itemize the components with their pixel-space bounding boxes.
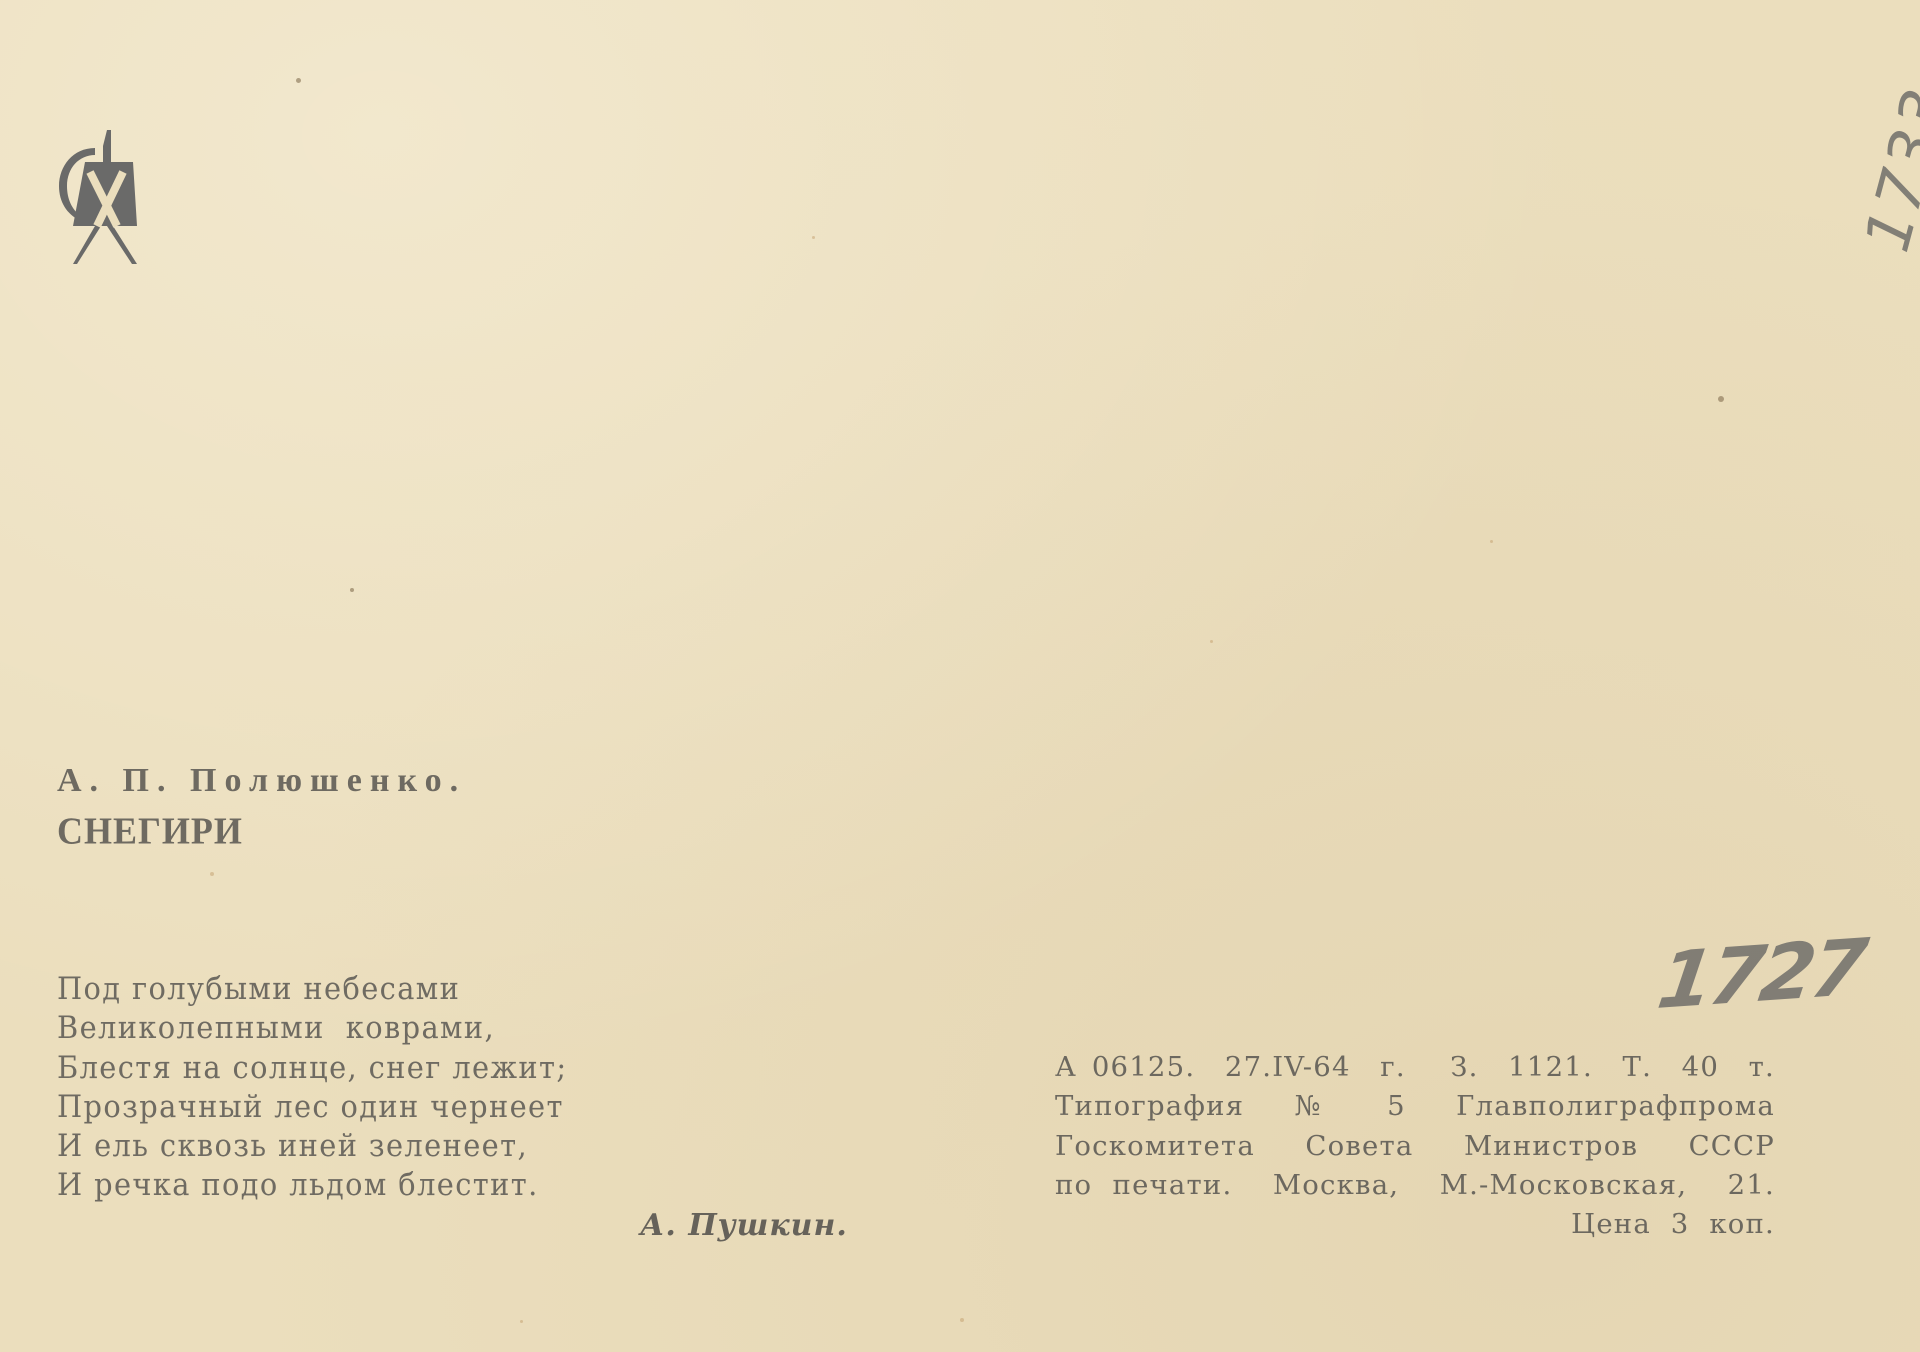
artwork-title: СНЕГИРИ — [57, 809, 243, 853]
poem-signature: А. Пушкин. — [640, 1208, 848, 1243]
handwritten-number-bottom: 1727 — [1652, 923, 1868, 1027]
paper-speck — [350, 588, 354, 592]
price-label: Цена 3 коп. — [1055, 1205, 1775, 1244]
poem-line: Прозрачный лес один чернеет — [57, 1088, 567, 1127]
imprint-line: А 06125. 27.IV-64 г. З. 1121. Т. 40 т. — [1055, 1048, 1775, 1087]
paper-speck — [1490, 540, 1493, 543]
paper-speck — [960, 1318, 964, 1322]
paper-speck — [812, 236, 815, 239]
poem-line: Под голубыми небесами — [57, 970, 567, 1009]
paper-speck — [1210, 640, 1213, 643]
imprint-line: Госкомитета Совета Министров СССР — [1055, 1127, 1775, 1166]
poem-line: И речка подо льдом блестит. — [57, 1166, 567, 1205]
poem-line: И ель сквозь иней зеленеет, — [57, 1127, 567, 1166]
paper-speck — [210, 872, 214, 876]
poem: Под голубыми небесами Великолепными ковр… — [57, 970, 567, 1206]
paper-speck — [296, 78, 301, 83]
imprint-line: по печати. Москва, М.-Московская, 21. — [1055, 1166, 1775, 1205]
poem-line: Блестя на солнце, снег лежит; — [57, 1049, 567, 1088]
poem-line: Великолепными коврами, — [57, 1009, 567, 1048]
sx-publisher-logo-icon — [55, 128, 140, 268]
paper-speck — [1718, 396, 1724, 402]
artwork-author: А. П. Полюшенко. — [57, 762, 466, 800]
imprint-line: Типография № 5 Главполиграфпрома — [1055, 1087, 1775, 1126]
paper-speck — [520, 1320, 523, 1323]
print-imprint: А 06125. 27.IV-64 г. З. 1121. Т. 40 т. Т… — [1055, 1048, 1775, 1244]
